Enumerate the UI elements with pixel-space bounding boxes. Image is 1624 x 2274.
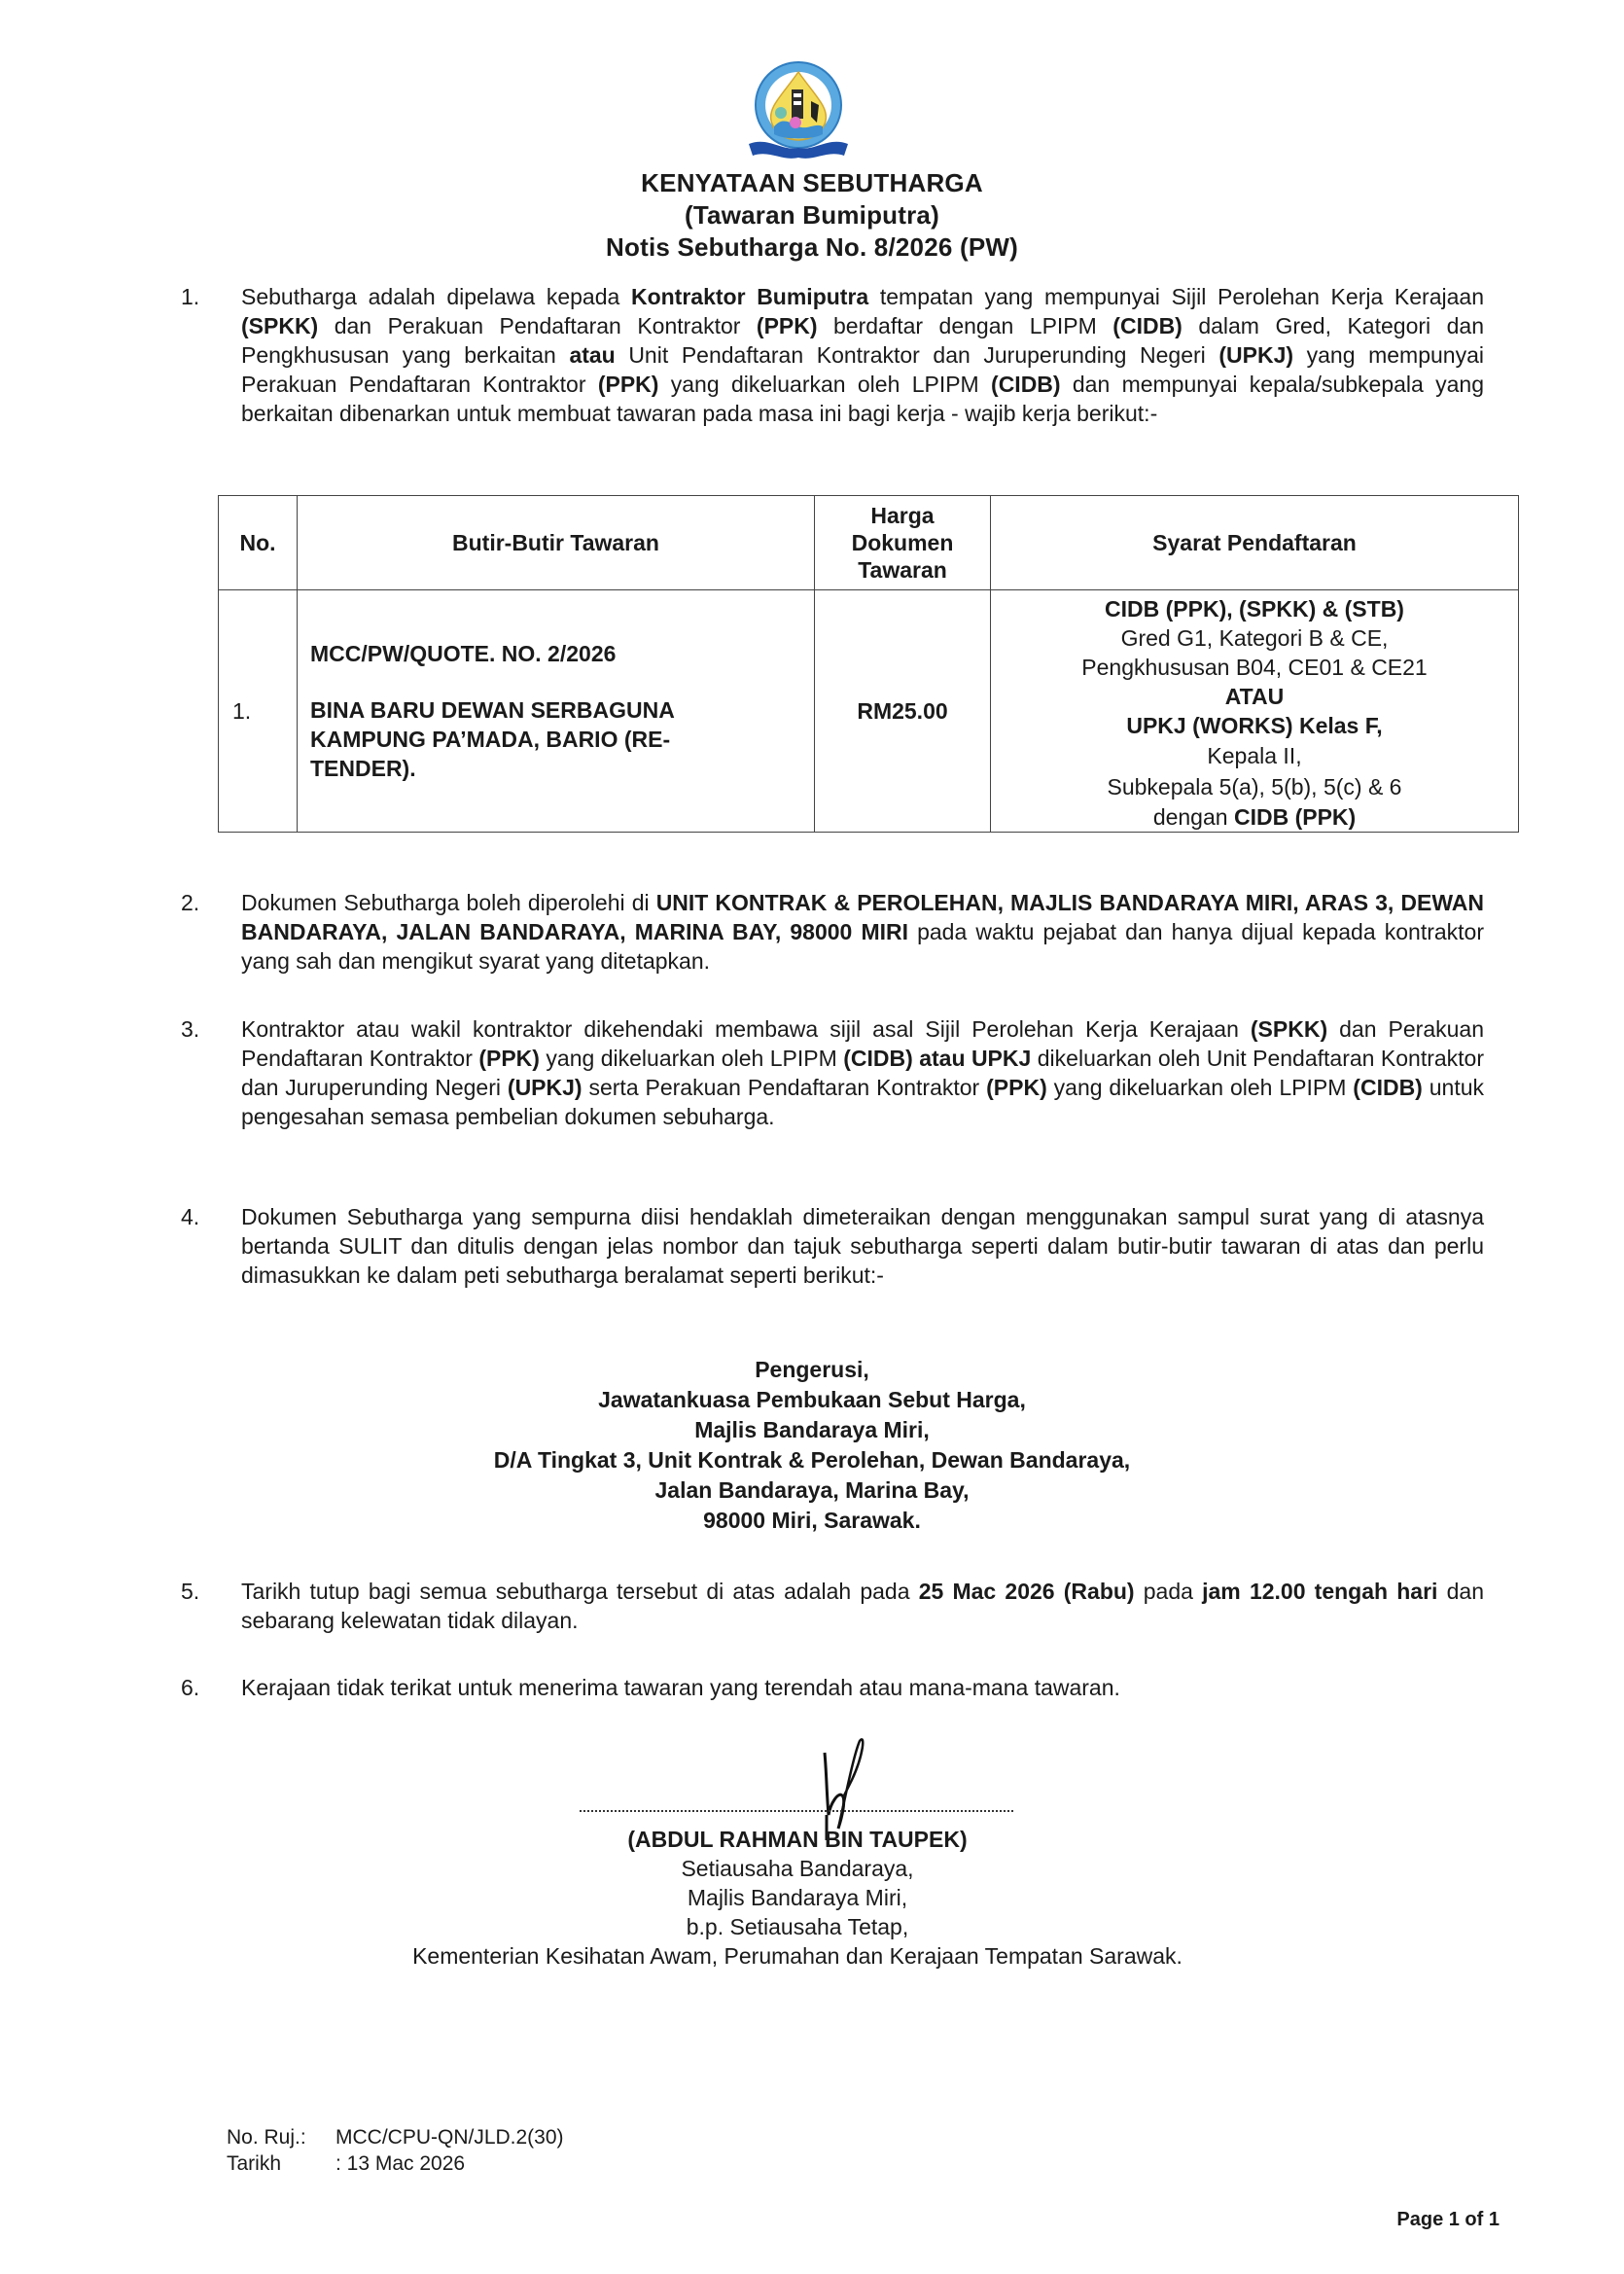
quote-number: MCC/PW/QUOTE. NO. 2/2026 <box>310 639 813 668</box>
req-line: ATAU <box>991 682 1518 711</box>
emphasis-text: (PPK) <box>478 1046 540 1071</box>
offer-table: No. Butir-Butir Tawaran Harga Dokumen Ta… <box>218 495 1519 833</box>
emphasis-text: (SPKK) <box>241 313 318 338</box>
body-text: yang dikeluarkan oleh LPIPM <box>1047 1075 1354 1100</box>
body-text: pada <box>1135 1579 1203 1604</box>
cell-requirements: CIDB (PPK), (SPKK) & (STB) Gred G1, Kate… <box>991 590 1519 833</box>
col-header-price-line: Harga <box>819 502 986 529</box>
address-line: D/A Tingkat 3, Unit Kontrak & Perolehan,… <box>0 1445 1624 1475</box>
clause-text: Kerajaan tidak terikat untuk menerima ta… <box>241 1673 1484 1702</box>
col-header-no: No. <box>219 496 298 590</box>
clause-3: 3. Kontraktor atau wakil kontraktor dike… <box>181 1014 1484 1131</box>
page-number: Page 1 of 1 <box>1396 2209 1500 2231</box>
signatory-line: Kementerian Kesihatan Awam, Perumahan da… <box>0 1941 1595 1971</box>
emphasis-text: atau <box>569 342 615 368</box>
clause-number: 3. <box>181 1014 220 1044</box>
col-header-requirements: Syarat Pendaftaran <box>991 496 1519 590</box>
req-line: Subkepala 5(a), 5(b), 5(c) & 6 <box>991 771 1518 802</box>
body-text: Sebutharga adalah dipelawa kepada <box>241 284 631 309</box>
project-title-line: KAMPUNG PA’MADA, BARIO (RE- <box>310 725 813 754</box>
req-line: dengan CIDB (PPK) <box>991 802 1518 832</box>
clause-text: Tarikh tutup bagi semua sebutharga terse… <box>241 1577 1484 1635</box>
address-line: Jawatankuasa Pembukaan Sebut Harga, <box>0 1385 1624 1415</box>
emphasis-text: (CIDB) <box>1353 1075 1423 1100</box>
date-label: Tarikh <box>227 2150 335 2177</box>
clause-number: 6. <box>181 1673 220 1702</box>
reference-number: No. Ruj.:MCC/CPU-QN/JLD.2(30) <box>227 2124 564 2150</box>
signatory-line: Setiausaha Bandaraya, <box>0 1854 1595 1883</box>
signatory-line: Majlis Bandaraya Miri, <box>0 1883 1595 1912</box>
req-line: UPKJ (WORKS) Kelas F, <box>991 711 1518 740</box>
cell-item: MCC/PW/QUOTE. NO. 2/2026 BINA BARU DEWAN… <box>298 590 815 833</box>
req-text-bold: CIDB (PPK) <box>1234 804 1356 830</box>
emphasis-text: (CIDB) <box>991 372 1061 397</box>
body-text: tempatan yang mempunyai Sijil Perolehan … <box>868 284 1484 309</box>
table-header-row: No. Butir-Butir Tawaran Harga Dokumen Ta… <box>219 496 1519 590</box>
body-text: serta Perakuan Pendaftaran Kontraktor <box>583 1075 987 1100</box>
col-header-price-line: Tawaran <box>819 556 986 584</box>
address-line: Pengerusi, <box>0 1355 1624 1385</box>
council-crest-icon <box>739 58 858 165</box>
table-row: 1. MCC/PW/QUOTE. NO. 2/2026 BINA BARU DE… <box>219 590 1519 833</box>
notice-subtitle: (Tawaran Bumiputra) <box>0 199 1624 231</box>
body-text: Dokumen Sebutharga boleh diperolehi di <box>241 890 656 915</box>
signatory-line: b.p. Setiausaha Tetap, <box>0 1912 1595 1941</box>
req-text: dengan <box>1153 804 1234 830</box>
body-text: dan Perakuan Pendaftaran Kontraktor <box>318 313 757 338</box>
clause-number: 4. <box>181 1202 220 1231</box>
signatory-name: (ABDUL RAHMAN BIN TAUPEK) <box>0 1825 1595 1854</box>
emphasis-text: (UPKJ) <box>1218 342 1293 368</box>
clause-2: 2. Dokumen Sebutharga boleh diperolehi d… <box>181 888 1484 976</box>
emphasis-text: (PPK) <box>757 313 818 338</box>
reference-label: No. Ruj.: <box>227 2124 335 2150</box>
clause-number: 5. <box>181 1577 220 1606</box>
emphasis-text: (PPK) <box>986 1075 1047 1100</box>
emphasis-text: (UPKJ) <box>508 1075 583 1100</box>
body-text: berdaftar dengan LPIPM <box>818 313 1113 338</box>
notice-title: KENYATAAN SEBUTHARGA <box>0 167 1624 199</box>
emphasis-text: (PPK) <box>598 372 659 397</box>
req-line: CIDB (PPK), (SPKK) & (STB) <box>991 594 1518 623</box>
clause-6: 6. Kerajaan tidak terikat untuk menerima… <box>181 1673 1484 1702</box>
col-header-price-line: Dokumen <box>819 529 986 556</box>
document-page: KENYATAAN SEBUTHARGA (Tawaran Bumiputra)… <box>0 0 1624 2274</box>
date-value: : 13 Mac 2026 <box>335 2152 465 2175</box>
clause-text: Dokumen Sebutharga boleh diperolehi di U… <box>241 888 1484 976</box>
signature-line <box>580 1810 1013 1812</box>
project-title-line: BINA BARU DEWAN SERBAGUNA <box>310 695 813 725</box>
reference-block: No. Ruj.:MCC/CPU-QN/JLD.2(30) Tarikh: 13… <box>227 2124 564 2177</box>
emphasis-text: (SPKK) <box>1251 1016 1327 1042</box>
address-line: 98000 Miri, Sarawak. <box>0 1506 1624 1536</box>
clause-1: 1. Sebutharga adalah dipelawa kepada Kon… <box>181 282 1484 428</box>
body-text: Kontraktor atau wakil kontraktor dikehen… <box>241 1016 1251 1042</box>
req-line: Kepala II, <box>991 740 1518 771</box>
cell-no: 1. <box>219 590 298 833</box>
clause-4: 4. Dokumen Sebutharga yang sempurna diis… <box>181 1202 1484 1290</box>
body-text: Dokumen Sebutharga yang sempurna diisi h… <box>241 1204 1484 1288</box>
emphasis-text: Kontraktor Bumiputra <box>631 284 868 309</box>
body-text: yang dikeluarkan oleh LPIPM <box>540 1046 843 1071</box>
project-title-line: TENDER). <box>310 754 813 783</box>
req-line: Pengkhususan B04, CE01 & CE21 <box>991 653 1518 682</box>
emphasis-text: jam 12.00 tengah hari <box>1202 1579 1437 1604</box>
notice-number: Notis Sebutharga No. 8/2026 (PW) <box>0 231 1624 264</box>
clause-text: Dokumen Sebutharga yang sempurna diisi h… <box>241 1202 1484 1290</box>
cell-price: RM25.00 <box>815 590 991 833</box>
address-line: Jalan Bandaraya, Marina Bay, <box>0 1475 1624 1506</box>
body-text: Unit Pendaftaran Kontraktor dan Juruperu… <box>616 342 1219 368</box>
col-header-item: Butir-Butir Tawaran <box>298 496 815 590</box>
reference-date: Tarikh: 13 Mac 2026 <box>227 2150 564 2177</box>
submission-address: Pengerusi, Jawatankuasa Pembukaan Sebut … <box>0 1355 1624 1536</box>
emphasis-text: (CIDB) <box>1112 313 1183 338</box>
clause-number: 1. <box>181 282 220 311</box>
col-header-price: Harga Dokumen Tawaran <box>815 496 991 590</box>
clause-number: 2. <box>181 888 220 917</box>
body-text: yang dikeluarkan oleh LPIPM <box>658 372 991 397</box>
req-line: Gred G1, Kategori B & CE, <box>991 623 1518 653</box>
clause-text: Sebutharga adalah dipelawa kepada Kontra… <box>241 282 1484 428</box>
emphasis-text: 25 Mac 2026 (Rabu) <box>919 1579 1135 1604</box>
reference-value: MCC/CPU-QN/JLD.2(30) <box>335 2126 564 2149</box>
clause-text: Kontraktor atau wakil kontraktor dikehen… <box>241 1014 1484 1131</box>
clause-5: 5. Tarikh tutup bagi semua sebutharga te… <box>181 1577 1484 1635</box>
body-text: Tarikh tutup bagi semua sebutharga terse… <box>241 1579 919 1604</box>
notice-heading: KENYATAAN SEBUTHARGA (Tawaran Bumiputra)… <box>0 167 1624 264</box>
emphasis-text: (CIDB) atau UPKJ <box>843 1046 1031 1071</box>
body-text: Kerajaan tidak terikat untuk menerima ta… <box>241 1675 1120 1700</box>
signatory-details: (ABDUL RAHMAN BIN TAUPEK) Setiausaha Ban… <box>0 1825 1595 1971</box>
address-line: Majlis Bandaraya Miri, <box>0 1415 1624 1445</box>
